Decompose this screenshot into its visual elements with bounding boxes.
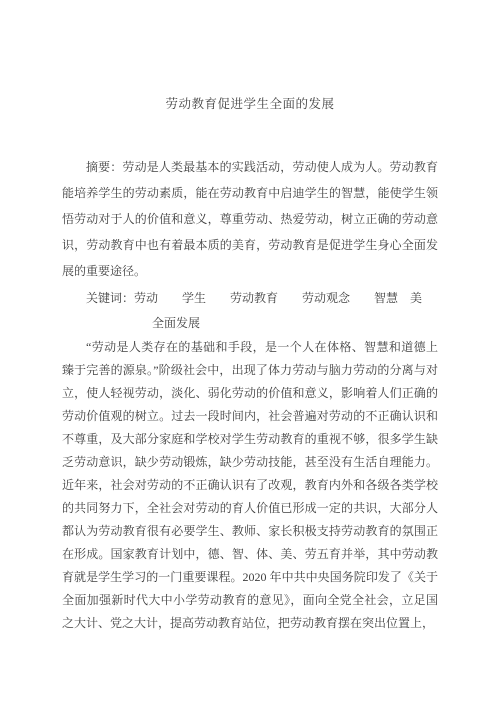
keywords-line-2: 全面发展 [62, 311, 438, 336]
keywords-line-1: 关键词：劳动 学生 劳动教育 劳动观念 智慧 美 [62, 286, 438, 311]
document-page: 劳动教育促进学生全面的发展 摘要：劳动是人类最基本的实践活动，劳动使人成为人。劳… [0, 0, 500, 707]
page-title: 劳动教育促进学生全面的发展 [0, 0, 500, 112]
abstract-paragraph: 摘要：劳动是人类最基本的实践活动，劳动使人成为人。劳动教育能培养学生的劳动素质，… [62, 154, 438, 284]
body-paragraph: “劳动是人类存在的基础和手段，是一个人在体格、智慧和道德上臻于完善的源泉。”阶级… [62, 336, 438, 635]
keywords-block: 关键词：劳动 学生 劳动教育 劳动观念 智慧 美 全面发展 [62, 286, 438, 336]
